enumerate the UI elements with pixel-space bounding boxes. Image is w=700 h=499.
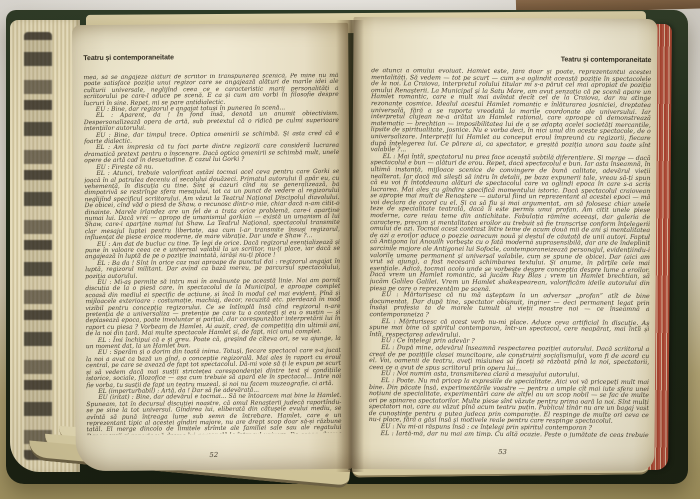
left-page-surface: Teatru și contemporaneitate mea, să se a… [72,23,352,471]
photo-background: Teatru și contemporaneitate mea, să se a… [0,0,700,499]
paragraph: EL : Atunci, trebuie valorificat astăzi … [84,169,340,242]
left-page: Teatru și contemporaneitate mea, să se a… [72,23,352,471]
paragraph: de atunci a omului evoluat. Hamlet este,… [371,68,652,156]
page-number-left: 52 [76,450,352,460]
paragraph: mea, să se angajeze alături de scriitor … [83,73,338,107]
right-page-surface: Teatru și contemporaneitate de atunci a … [350,17,657,471]
page-edge-photo-pattern [24,32,52,460]
paragraph: EU : Mi-aș permite să intru mai în amănu… [85,278,340,338]
paragraph: EU : Sperăm și o dorim din toată inima. … [86,348,341,389]
running-header-left: Teatru și contemporaneitate [83,53,338,62]
right-page: Teatru și contemporaneitate de atunci a … [350,17,657,471]
paragraph: EU : Mărturisesc că nu mă așteptam la un… [369,292,649,320]
left-page-edge-stack [10,20,80,472]
paragraph: EL : Am impresia că tu faci parte dintre… [84,143,339,164]
running-header-right: Teatru și contemporaneitate [371,55,651,64]
paragraph: EL : Iartă-mă, dar nu mai am timp. Cu al… [369,431,649,438]
page-number-right: 53 [351,447,655,457]
left-page-text: mea, să se angajeze alături de scriitor … [83,73,341,435]
paragraph: EU (iritat) : Bine, dar adevărul e tocma… [86,393,341,435]
right-page-text: de atunci a omului evoluat. Hamlet este,… [369,68,652,438]
paragraph: EL : Poate. Nu mă pricep la expresiile d… [369,378,649,426]
paragraph: EL : După mine, adevărul înseamnă respec… [369,345,649,373]
gutter-shadow [336,20,364,472]
paragraph: EL : Mai întîi, spectatorul nu prea face… [370,154,651,294]
